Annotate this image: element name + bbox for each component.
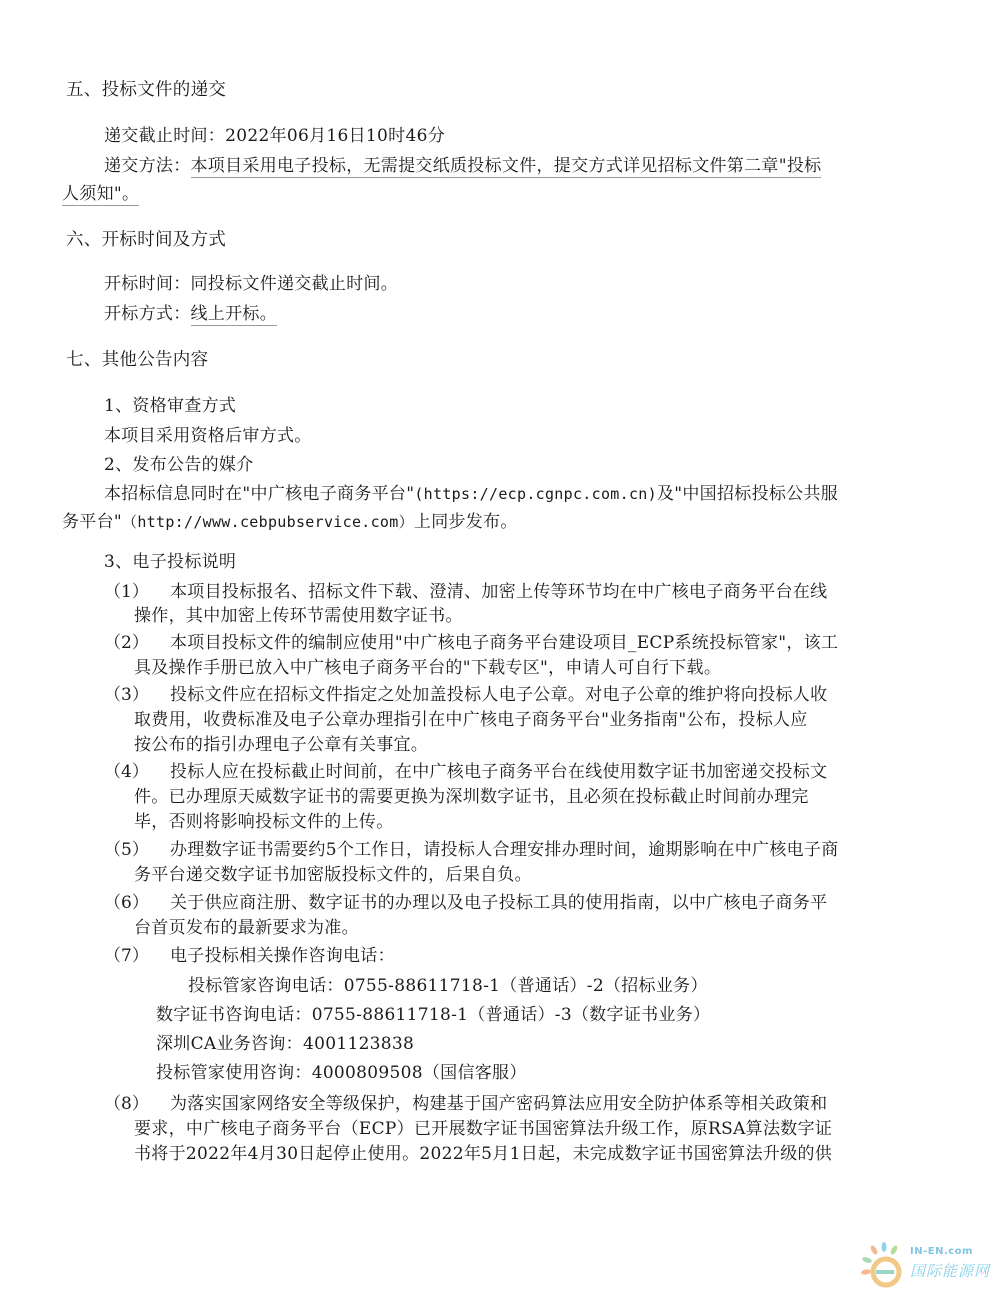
item-number-1: （1） — [104, 580, 149, 604]
item-7-line-1: 电子投标相关操作咨询电话： — [170, 944, 395, 968]
item-1-line-2: 操作，其中加密上传环节需使用数字证书。 — [134, 604, 463, 628]
item-3-line-2: 取费用，收费标准及电子公章办理指引在中广核电子商务平台"业务指南"公布，投标人应 — [134, 708, 808, 732]
item-3-line-1: 投标文件应在招标文件指定之处加盖投标人电子公章。对电子公章的维护将向投标人收 — [170, 683, 827, 707]
contact-bid-manager: 投标管家咨询电话：0755-88611718-1（普通话）-2（招标业务） — [188, 974, 708, 998]
item-number-3: （3） — [104, 683, 149, 707]
section-heading-6: 六、开标时间及方式 — [66, 228, 226, 252]
item-3-line-3: 按公布的指引办理电子公章有关事宜。 — [134, 733, 428, 757]
contact-digital-cert: 数字证书咨询电话：0755-88611718-1（普通话）-3（数字证书业务） — [156, 1003, 710, 1027]
subsection-2-line2: 务平台"（http://www.cebpubservice.com）上同步发布。 — [62, 510, 518, 534]
item-number-4: （4） — [104, 760, 149, 784]
item-number-7: （7） — [104, 944, 149, 968]
cebpub-url-link[interactable]: （http://www.cebpubservice.com） — [122, 513, 414, 531]
submission-method-label: 递交方法： — [104, 156, 191, 176]
sun-e-logo-icon — [860, 1240, 908, 1290]
item-6-line-2: 台首页发布的最新要求为准。 — [134, 916, 359, 940]
submission-deadline: 递交截止时间：2022年06月16日10时46分 — [104, 124, 445, 148]
submission-method-line1: 递交方法：本项目采用电子投标，无需提交纸质投标文件，提交方式详见招标文件第二章"… — [104, 154, 821, 178]
item-6-line-1: 关于供应商注册、数字证书的办理以及电子投标工具的使用指南，以中广核电子商务平 — [170, 891, 827, 915]
item-4-line-3: 毕，否则将影响投标文件的上传。 — [134, 810, 394, 834]
item-5-line-1: 办理数字证书需要约5个工作日，请投标人合理安排办理时间，逾期影响在中广核电子商 — [170, 838, 839, 862]
subsection-3-title: 3、电子投标说明 — [104, 550, 236, 574]
item-number-5: （5） — [104, 838, 149, 862]
subsection-1-title: 1、资格审查方式 — [104, 394, 236, 418]
item-number-2: （2） — [104, 631, 149, 655]
in-en-watermark: IN-EN.com 国际能源网 — [860, 1240, 1000, 1294]
section-heading-7: 七、其他公告内容 — [66, 348, 208, 372]
opening-time: 开标时间：同投标文件递交截止时间。 — [104, 272, 398, 296]
item-number-8: （8） — [104, 1092, 149, 1116]
contact-bid-manager-usage: 投标管家使用咨询：4000809508（国信客服） — [156, 1061, 527, 1085]
watermark-cn: 国际能源网 — [910, 1260, 990, 1281]
subsection-1-body: 本项目采用资格后审方式。 — [104, 424, 312, 448]
submission-method-text: 本项目采用电子投标，无需提交纸质投标文件，提交方式详见招标文件第二章"投标 — [191, 156, 822, 178]
item-number-6: （6） — [104, 891, 149, 915]
item-2-line-1: 本项目投标文件的编制应使用"中广核电子商务平台建设项目_ECP系统投标管家"，该… — [170, 631, 838, 655]
contact-shenzhen-ca: 深圳CA业务咨询：4001123838 — [156, 1032, 414, 1056]
item-8-line-2: 要求，中广核电子商务平台（ECP）已开展数字证书国密算法升级工作，原RSA算法数… — [134, 1117, 832, 1141]
item-4-line-1: 投标人应在投标截止时间前，在中广核电子商务平台在线使用数字证书加密递交投标文 — [170, 760, 827, 784]
item-5-line-2: 务平台递交数字证书加密版投标文件的，后果自负。 — [134, 863, 532, 887]
subsection-2-line1: 本招标信息同时在"中广核电子商务平台"(https://ecp.cgnpc.co… — [104, 482, 838, 506]
opening-method: 开标方式：线上开标。 — [104, 302, 277, 326]
submission-method-line2: 人须知"。 — [62, 182, 139, 206]
subsection-2-title: 2、发布公告的媒介 — [104, 453, 254, 477]
item-8-line-3: 书将于2022年4月30日起停止使用。2022年5月1日起，未完成数字证书国密算… — [134, 1142, 832, 1166]
watermark-en: IN-EN.com — [910, 1246, 973, 1257]
item-4-line-2: 件。已办理原天威数字证书的需要更换为深圳数字证书，且必须在投标截止时间前办理完 — [134, 785, 809, 809]
item-1-line-1: 本项目投标报名、招标文件下载、澄清、加密上传等环节均在中广核电子商务平台在线 — [170, 580, 827, 604]
item-2-line-2: 具及操作手册已放入中广核电子商务平台的"下载专区"，申请人可自行下载。 — [134, 656, 721, 680]
document-page: 五、投标文件的递交 递交截止时间：2022年06月16日10时46分 递交方法：… — [0, 0, 1000, 1294]
ecp-url-link[interactable]: (https://ecp.cgnpc.com.cn) — [414, 485, 657, 503]
section-heading-5: 五、投标文件的递交 — [66, 78, 226, 102]
item-8-line-1: 为落实国家网络安全等级保护，构建基于国产密码算法应用安全防护体系等相关政策和 — [170, 1092, 827, 1116]
